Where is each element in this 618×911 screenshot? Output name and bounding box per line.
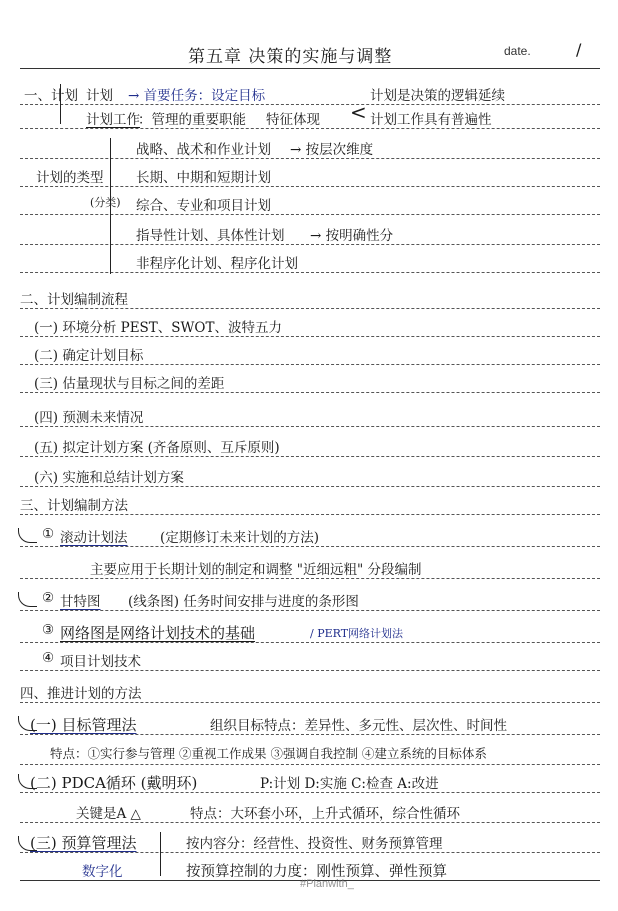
section1-heading: 一、计划 bbox=[24, 84, 78, 104]
line-s1-1: 一、计划 计划 → 首要任务：设定目标 计划是决策的逻辑延续 bbox=[20, 80, 600, 105]
pdca-key: 关键是A △ 特点：大环套小环，上升式循环，综合性循环 bbox=[20, 798, 600, 823]
budget-row: (三) 预算管理法 按内容分：经营性、投资性、财务预算管理 bbox=[20, 828, 600, 853]
method-2-name: 甘特图 bbox=[60, 590, 101, 610]
step-1: (一) 环境分析 PEST、SWOT、波特五力 bbox=[20, 312, 600, 337]
type-row-4: 指导性计划、具体性计划 → 按明确性分 bbox=[20, 220, 600, 245]
step-1-text: (一) 环境分析 PEST、SWOT、波特五力 bbox=[34, 316, 282, 336]
section2-heading-row: 二、计划编制流程 bbox=[20, 284, 600, 309]
budget-label: (三) 预算管理法 bbox=[30, 832, 136, 853]
type-4: 指导性计划、具体性计划 bbox=[136, 224, 285, 244]
date-label: date. bbox=[504, 44, 531, 58]
mbo-features: 特点：①实行参与管理 ②重视工作成果 ③强调自我控制 ④建立系统的目标体系 bbox=[20, 740, 600, 765]
digital-label: 数字化 bbox=[82, 860, 123, 880]
step-3-text: (三) 估量现状与目标之间的差距 bbox=[34, 372, 224, 392]
section3-heading: 三、计划编制方法 bbox=[20, 494, 128, 514]
title-row: 第五章 决策的实施与调整 date. / bbox=[20, 40, 600, 69]
type-row-3: (分类) 综合、专业和项目计划 bbox=[20, 190, 600, 215]
step-2: (二) 确定计划目标 bbox=[20, 340, 600, 365]
method-1-num: ① bbox=[42, 526, 54, 542]
type-row-5: 非程序化计划、程序化计划 bbox=[20, 248, 600, 273]
method-3-num: ③ bbox=[42, 622, 54, 638]
method-4-num: ④ bbox=[42, 650, 54, 666]
step-6: (六) 实施和总结计划方案 bbox=[20, 462, 600, 487]
pdca-row: (二) PDCA循环 (戴明环) P:计划 D:实施 C:检查 A:改进 bbox=[20, 768, 600, 793]
step-5: (五) 拟定计划方案 (齐备原则、互斥原则) bbox=[20, 432, 600, 457]
mbo-text: 组织目标特点：差异性、多元性、层次性、时间性 bbox=[210, 714, 507, 734]
method-1: ① 滚动计划法 (定期修订未来计划的方法) bbox=[20, 522, 600, 547]
line-s1-2: 计划工作 ：管理的重要职能 特征体现 < 计划工作具有普遍性 bbox=[20, 104, 600, 129]
mbo-row: (一) 目标管理法 组织目标特点：差异性、多元性、层次性、时间性 bbox=[20, 710, 600, 735]
method-1-detail-text: 主要应用于长期计划的制定和调整 "近细远粗" 分段编制 bbox=[90, 558, 422, 578]
method-2: ② 甘特图 (线条图) 任务时间安排与进度的条形图 bbox=[20, 586, 600, 611]
type-3: 综合、专业和项目计划 bbox=[136, 194, 271, 214]
types-sub: (分类) bbox=[90, 194, 121, 210]
method-2-desc: (线条图) 任务时间安排与进度的条形图 bbox=[128, 590, 359, 610]
pdca-key-label: 关键是A △ bbox=[76, 802, 141, 822]
mbo-label: (一) 目标管理法 bbox=[30, 714, 136, 735]
brace-icon: < bbox=[350, 100, 367, 124]
method-3: ③ 网络图是网络计划技术的基础 / PERT网络计划法 bbox=[20, 618, 600, 643]
type-row-1: 战略、战术和作业计划 → 按层次维度 bbox=[20, 134, 600, 159]
step-4: (四) 预测未来情况 bbox=[20, 402, 600, 427]
pdca-text: P:计划 D:实施 C:检查 A:改进 bbox=[260, 772, 439, 792]
method-1-name: 滚动计划法 bbox=[60, 526, 128, 546]
feature-label: 特征体现 bbox=[266, 108, 320, 128]
section2-heading: 二、计划编制流程 bbox=[20, 288, 128, 308]
section4-heading: 四、推进计划的方法 bbox=[20, 682, 142, 702]
type-5: 非程序化计划、程序化计划 bbox=[136, 252, 298, 272]
planning-work: 计划工作 bbox=[86, 108, 140, 128]
method-4: ④ 项目计划技术 bbox=[20, 646, 600, 671]
method-3-desc: / PERT网络计划法 bbox=[310, 625, 403, 641]
pdca-key-text: 特点：大环套小环，上升式循环，综合性循环 bbox=[190, 802, 460, 822]
plan-label: 计划 bbox=[86, 84, 113, 104]
type-1-note: → 按层次维度 bbox=[290, 138, 373, 158]
step-3: (三) 估量现状与目标之间的差距 bbox=[20, 368, 600, 393]
section4-heading-row: 四、推进计划的方法 bbox=[20, 678, 600, 703]
planning-work-desc: ：管理的重要职能 bbox=[138, 108, 246, 128]
step-5-text: (五) 拟定计划方案 (齐备原则、互斥原则) bbox=[34, 436, 280, 456]
type-4-note: → 按明确性分 bbox=[310, 224, 393, 244]
primary-task: → 首要任务：设定目标 bbox=[128, 84, 265, 104]
mbo-features-text: 特点：①实行参与管理 ②重视工作成果 ③强调自我控制 ④建立系统的目标体系 bbox=[50, 744, 487, 762]
feature-1: 计划是决策的逻辑延续 bbox=[370, 84, 505, 104]
feature-2: 计划工作具有普遍性 bbox=[370, 108, 492, 128]
type-2: 长期、中期和短期计划 bbox=[136, 166, 271, 186]
section3-heading-row: 三、计划编制方法 bbox=[20, 490, 600, 515]
method-1-detail: 主要应用于长期计划的制定和调整 "近细远粗" 分段编制 bbox=[20, 554, 600, 579]
step-4-text: (四) 预测未来情况 bbox=[34, 406, 143, 426]
watermark: #Planwith_ bbox=[300, 878, 354, 890]
method-1-desc: (定期修订未来计划的方法) bbox=[160, 526, 319, 546]
date-value: / bbox=[576, 40, 581, 59]
type-1: 战略、战术和作业计划 bbox=[136, 138, 271, 158]
budget-text-1: 按内容分：经营性、投资性、财务预算管理 bbox=[186, 832, 443, 852]
method-4-name: 项目计划技术 bbox=[60, 650, 141, 670]
pdca-label: (二) PDCA循环 (戴明环) bbox=[30, 772, 197, 793]
types-label: 计划的类型 bbox=[36, 166, 104, 186]
page-title: 第五章 决策的实施与调整 bbox=[188, 42, 392, 67]
type-row-2: 计划的类型 长期、中期和短期计划 bbox=[20, 162, 600, 187]
notebook-page: 第五章 决策的实施与调整 date. / 一、计划 计划 → 首要任务：设定目标… bbox=[0, 0, 618, 911]
types-bracket bbox=[110, 138, 111, 274]
step-2-text: (二) 确定计划目标 bbox=[34, 344, 143, 364]
method-2-num: ② bbox=[42, 590, 54, 606]
method-3-name: 网络图是网络计划技术的基础 bbox=[60, 622, 255, 643]
step-6-text: (六) 实施和总结计划方案 bbox=[34, 466, 184, 486]
